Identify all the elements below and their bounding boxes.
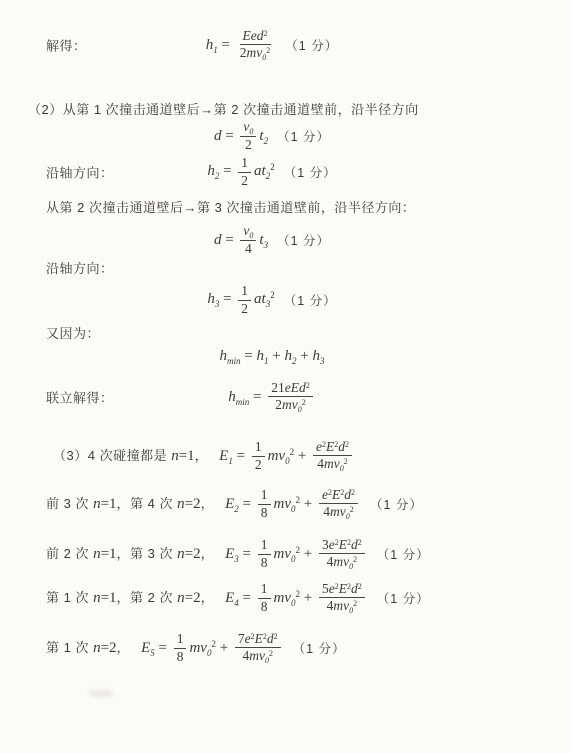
formula-block-h1: h1 = Eed22mv02 （1 分） [206, 28, 338, 63]
formula-h1: h1 = Eed22mv02 [206, 28, 276, 63]
line-e2-case: 前 3 次 n=1，第 4 次 n=2，E2 = 18mv02 + e2E2d2… [0, 478, 572, 530]
line-hmin-sum: hmin = h1 + h2 + h3 [0, 345, 572, 369]
line-d-t3: d = v04t3 （1 分） [0, 218, 572, 262]
label-because: 又因为： [46, 323, 100, 342]
label-axial-direction: 沿轴方向： [46, 163, 114, 182]
line-axial-h2: 沿轴方向： h2 = 12at22 （1 分） [0, 150, 572, 194]
score-mark: （1 分） [377, 545, 430, 563]
score-mark: （1 分） [285, 36, 338, 54]
line-hmin-result: 联立解得： hmin = 21eEd22mv02 [0, 375, 572, 419]
formula-block-h3: h3 = 12at32 （1 分） [207, 283, 336, 316]
label-solve: 解得： [46, 36, 87, 55]
formula-block-h2: h2 = 12at22 （1 分） [207, 155, 336, 188]
line-second-impact-intro: 从第 2 次撞击通道壁后→第 3 次撞击通道壁前，沿半径方向： [0, 197, 572, 215]
line-e1-case: （3）4 次碰撞都是 n=1，E1 = 12mv02 + e2E2d24mv02 [0, 430, 572, 482]
score-mark: （1 分） [277, 127, 330, 145]
formula-h3: h3 = 12at32 [207, 283, 274, 316]
label-axial-direction-2: 沿轴方向： [46, 258, 114, 277]
score-mark: （1 分） [284, 291, 337, 309]
score-mark: （1 分） [377, 589, 430, 607]
formula-d-t3: d = v04t3 [214, 223, 268, 258]
line-e4-case: 第 1 次 n=1，第 2 次 n=2，E4 = 18mv02 + 5e2E2d… [0, 572, 572, 624]
score-mark: （1 分） [370, 495, 423, 513]
score-mark: （1 分） [284, 163, 337, 181]
formula-hmin-result: hmin = 21eEd22mv02 [228, 380, 315, 415]
line-axial-label-2: 沿轴方向： [0, 258, 572, 276]
second-impact-intro-text: 从第 2 次撞击通道壁后→第 3 次撞击通道壁前，沿半径方向： [46, 197, 415, 216]
formula-e2: 前 3 次 n=1，第 4 次 n=2，E2 = 18mv02 + e2E2d2… [46, 487, 361, 522]
formula-hmin-sum: hmin = h1 + h2 + h3 [220, 348, 325, 366]
score-mark: （1 分） [293, 639, 346, 657]
scanned-solution-page: 解得： h1 = Eed22mv02 （1 分） （2）从第 1 次撞击通道壁后… [0, 0, 572, 753]
formula-e4: 第 1 次 n=1，第 2 次 n=2，E4 = 18mv02 + 5e2E2d… [46, 581, 368, 616]
formula-e5: 第 1 次 n=2，E5 = 18mv02 + 7e2E2d24mv02 [46, 631, 284, 666]
formula-d-t2: d = v02t2 [214, 119, 268, 154]
formula-block-d-t2: d = v02t2 （1 分） [214, 119, 330, 154]
formula-h2: h2 = 12at22 [207, 155, 274, 188]
formula-e3: 前 2 次 n=1，第 3 次 n=2，E3 = 18mv02 + 3e2E2d… [46, 537, 368, 572]
formula-e1: （3）4 次碰撞都是 n=1，E1 = 12mv02 + e2E2d24mv02 [53, 439, 355, 474]
label-simultaneous-solve: 联立解得： [46, 388, 114, 407]
line-solve-h1: 解得： h1 = Eed22mv02 （1 分） [0, 23, 572, 67]
line-e5-case: 第 1 次 n=2，E5 = 18mv02 + 7e2E2d24mv02 （1 … [0, 622, 572, 674]
line-because-label: 又因为： [0, 323, 572, 341]
line-h3: h3 = 12at32 （1 分） [0, 278, 572, 322]
formula-block-d-t3: d = v04t3 （1 分） [214, 223, 330, 258]
score-mark: （1 分） [277, 231, 330, 249]
scan-smudge [88, 690, 114, 697]
